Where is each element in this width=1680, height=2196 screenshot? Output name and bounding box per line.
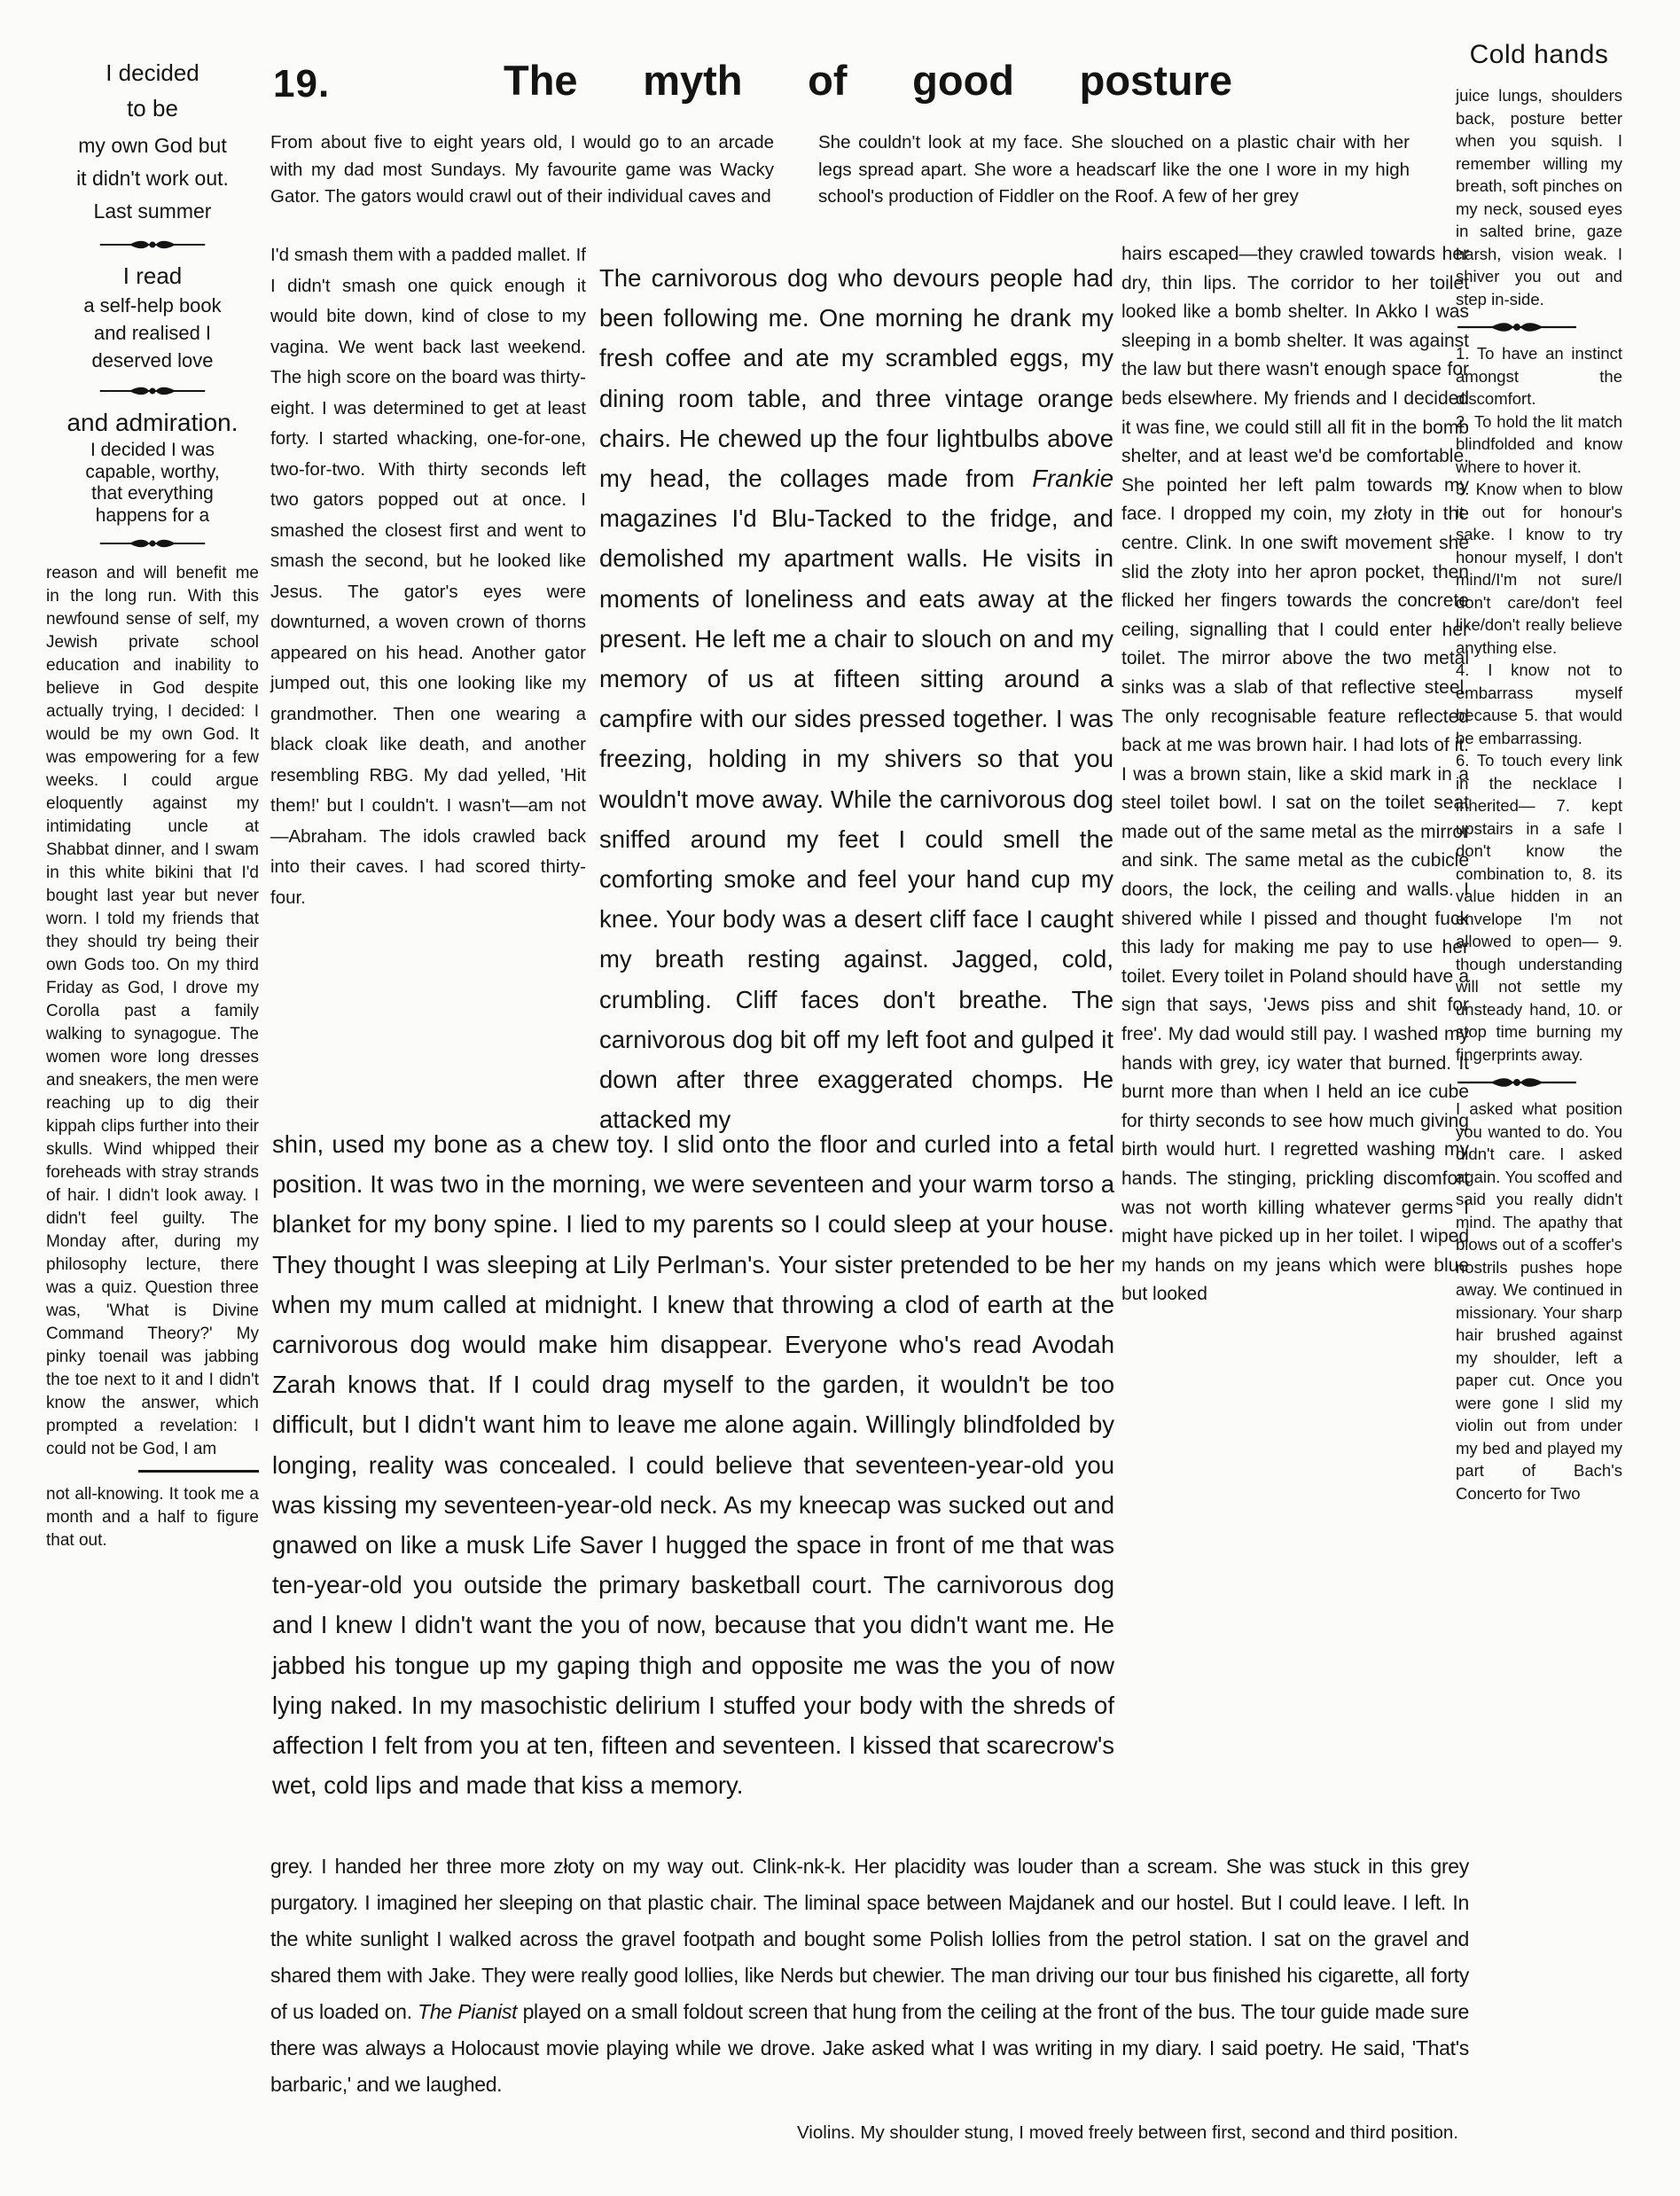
left-stanza-2: my own God but it didn't work out. Last … bbox=[46, 129, 259, 228]
story-intro-right: She couldn't look at my face. She slouch… bbox=[818, 129, 1410, 211]
numbered-item: 2. To hold the lit match blindfolded and… bbox=[1456, 410, 1622, 479]
page-title: The myth of good posture bbox=[504, 57, 1232, 105]
left-margin-column: I decided to be my own God but it didn't… bbox=[46, 55, 259, 1552]
numbered-item: 6. To touch every link in the necklace I… bbox=[1456, 749, 1622, 1066]
story-column-right: hairs escaped—they crawled towards her d… bbox=[1121, 240, 1469, 1309]
section-rule bbox=[138, 1470, 259, 1473]
left-stanza-4: I decided I was capable, worthy, that ev… bbox=[46, 440, 259, 527]
ornament-divider-icon bbox=[1456, 321, 1622, 333]
italic-magazine-title: Frankie bbox=[1032, 465, 1113, 492]
italic-film-title: The Pianist bbox=[418, 2000, 517, 2023]
footer-text: grey. I handed her three more złoty on m… bbox=[270, 1855, 1469, 2023]
ornament-divider-icon bbox=[46, 238, 259, 251]
numbered-item: 3. Know when to blow it out for honour's… bbox=[1456, 478, 1622, 659]
left-stanza-3-lead: I read bbox=[46, 260, 259, 292]
right-intro-paragraph: juice lungs, shoulders back, posture bet… bbox=[1456, 84, 1622, 310]
center-essay-top: The carnivorous dog who devours people h… bbox=[599, 258, 1113, 1139]
center-essay-text: The carnivorous dog who devours people h… bbox=[599, 264, 1113, 492]
left-stanza-3: a self-help book and realised I deserved… bbox=[46, 292, 259, 374]
center-essay-text: magazines I'd Blu-Tacked to the fridge, … bbox=[599, 504, 1113, 1133]
ornament-divider-icon bbox=[46, 385, 259, 397]
column-title: Cold hands bbox=[1456, 40, 1622, 70]
center-essay-bottom: shin, used my bone as a chew toy. I slid… bbox=[272, 1124, 1114, 1805]
left-paragraph: reason and will benefit me in the long r… bbox=[46, 562, 259, 1461]
page-number: 19. bbox=[273, 62, 330, 106]
left-stanza-1: I decided to be bbox=[46, 55, 259, 126]
left-stanza-4-lead: and admiration. bbox=[46, 406, 259, 440]
story-intro-left: From about five to eight years old, I wo… bbox=[270, 129, 774, 211]
numbered-item: 1. To have an instinct amongst the disco… bbox=[1456, 342, 1622, 410]
story-column-left: I'd smash them with a padded mallet. If … bbox=[270, 240, 586, 913]
closing-line: Violins. My shoulder stung, I moved free… bbox=[270, 2121, 1458, 2145]
right-margin-column: Cold hands juice lungs, shoulders back, … bbox=[1456, 40, 1622, 1504]
ornament-divider-icon bbox=[46, 537, 259, 550]
right-outro-paragraph: I asked what position you wanted to do. … bbox=[1456, 1098, 1622, 1504]
ornament-divider-icon bbox=[1456, 1076, 1622, 1089]
story-footer-paragraph: grey. I handed her three more złoty on m… bbox=[270, 1848, 1469, 2103]
numbered-item: 4. I know not to embarrass myself becaus… bbox=[1456, 659, 1622, 749]
left-paragraph-tail: not all-knowing. It took me a month and … bbox=[46, 1483, 259, 1552]
